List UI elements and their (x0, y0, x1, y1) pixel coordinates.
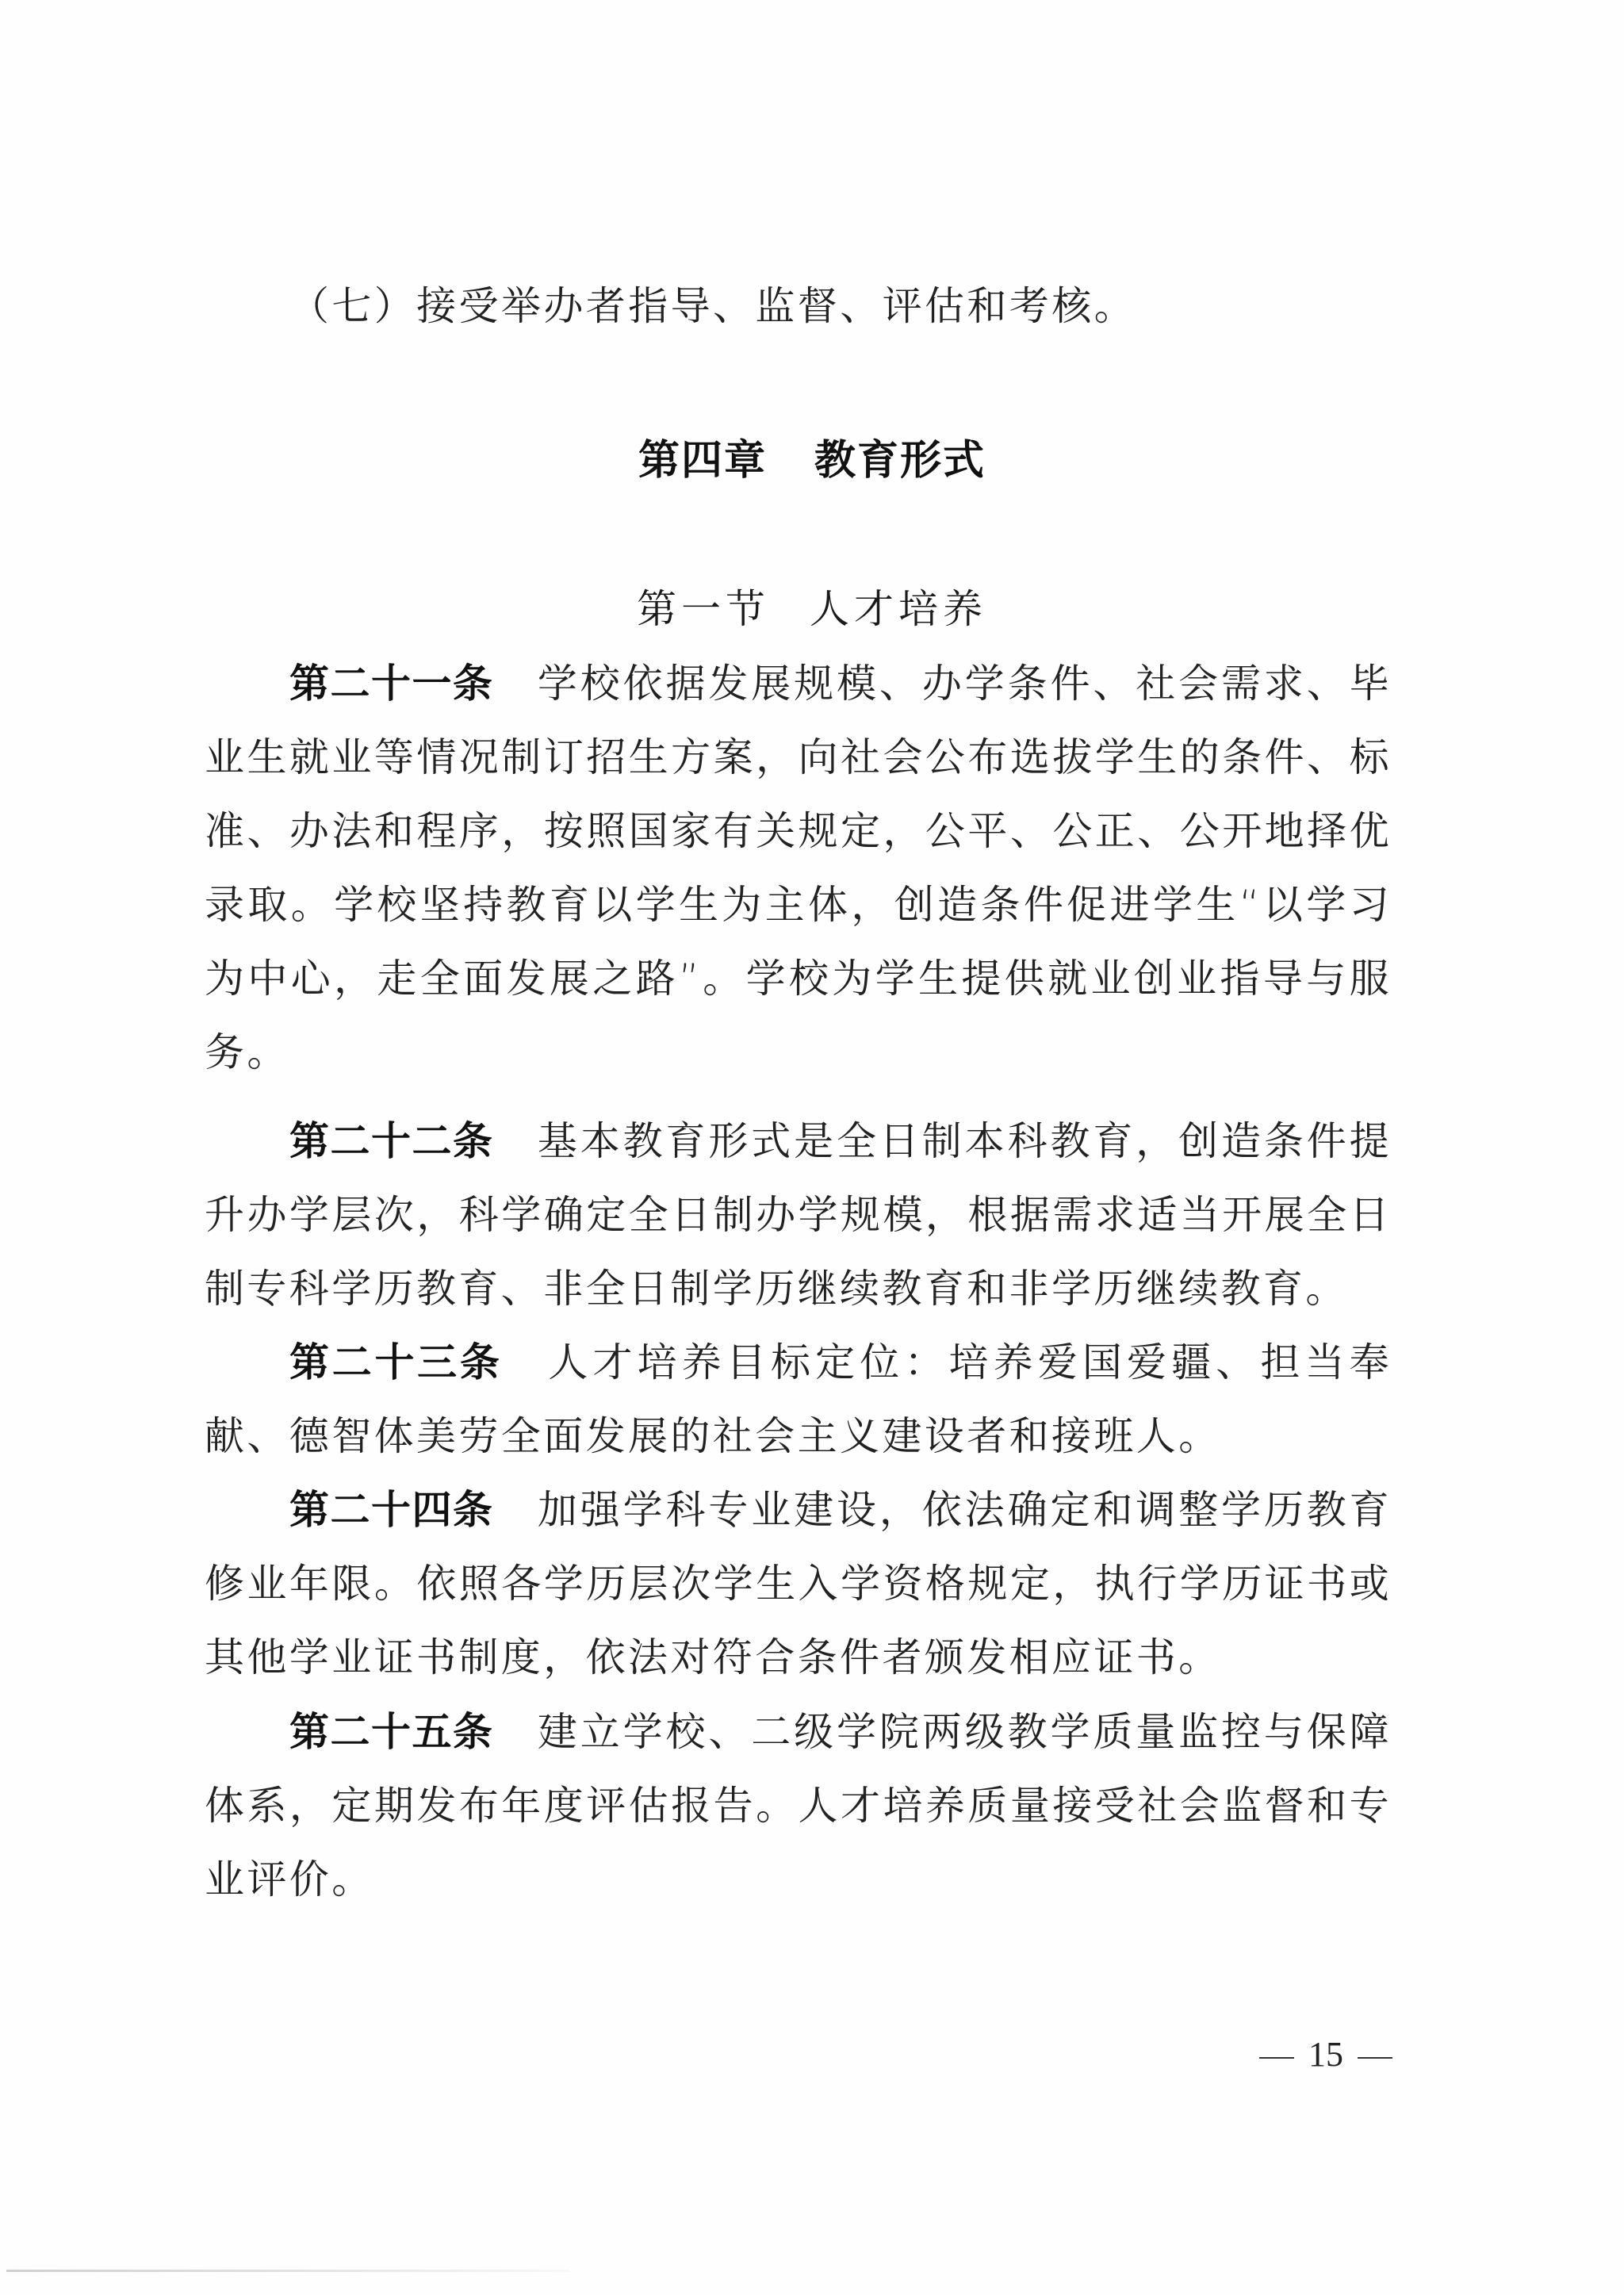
article-23: 第二十三条人才培养目标定位：培养爱国爱疆、担当奉献、德智体美劳全面发展的社会主义… (205, 1326, 1392, 1473)
section-number: 第一节 (637, 586, 770, 632)
article-24: 第二十四条加强学科专业建设，依法确定和调整学历教育修业年限。依照各学历层次学生入… (205, 1473, 1392, 1695)
chapter-title: 教育形式 (814, 437, 986, 485)
article-number: 第二十五条 (289, 1709, 493, 1755)
document-page: （七）接受举办者指导、监督、评估和考核。 第四章教育形式 第一节人才培养 第二十… (0, 0, 1624, 2295)
dash-decoration (1259, 2057, 1294, 2059)
article-22: 第二十二条基本教育形式是全日制本科教育，创造条件提升办学层次，科学确定全日制办学… (205, 1105, 1392, 1326)
scan-artifact-line (6, 2270, 569, 2272)
article-number: 第二十四条 (289, 1487, 493, 1533)
article-number: 第二十二条 (289, 1118, 493, 1164)
article-21: 第二十一条学校依据发展规模、办学条件、社会需求、毕业生就业等情况制订招生方案，向… (205, 647, 1392, 1090)
article-25: 第二十五条建立学校、二级学院两级教学质量监控与保障体系，定期发布年度评估报告。人… (205, 1695, 1392, 1917)
section-heading: 第一节人才培养 (0, 577, 1624, 634)
section-title: 人才培养 (810, 586, 987, 632)
list-item-vii: （七）接受举办者指导、监督、评估和考核。 (205, 270, 1392, 343)
page-number-value: 15 (1308, 2035, 1343, 2074)
chapter-number: 第四章 (638, 437, 767, 485)
chapter-heading: 第四章教育形式 (0, 427, 1624, 486)
dash-decoration (1358, 2057, 1392, 2059)
article-text: 学校依据发展规模、办学条件、社会需求、毕业生就业等情况制订招生方案，向社会公布选… (205, 661, 1392, 1075)
article-number: 第二十一条 (289, 661, 493, 707)
article-number: 第二十三条 (289, 1339, 503, 1385)
page-number: 15 (1245, 2034, 1404, 2075)
